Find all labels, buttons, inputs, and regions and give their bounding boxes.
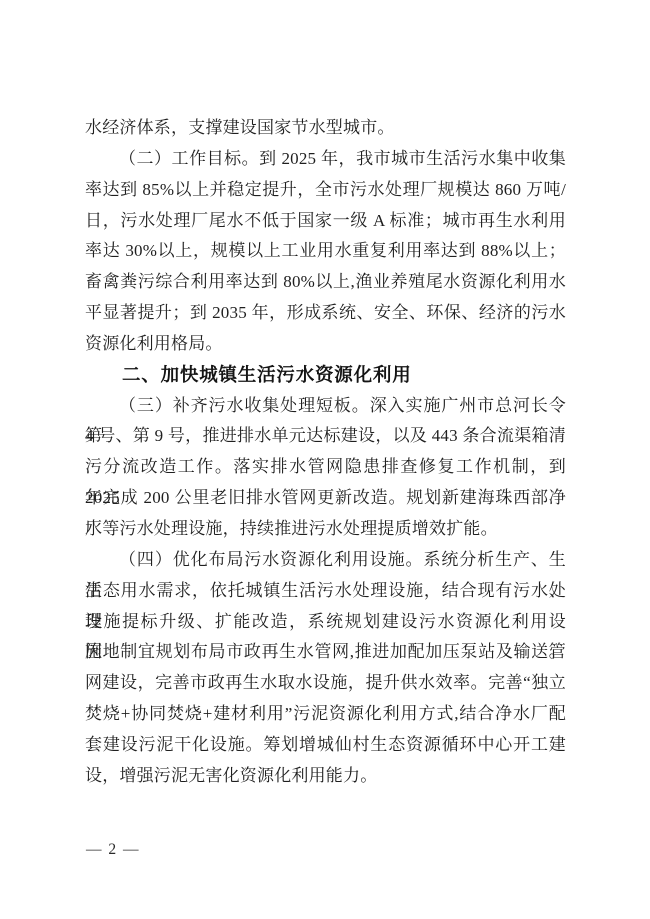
document-line: 平显著提升；到 2035 年，形成系统、安全、环保、经济的污水 <box>85 298 566 329</box>
document-line: （二）工作目标。到 2025 年，我市城市生活污水集中收集 <box>85 144 566 175</box>
document-line: （四）优化布局污水资源化利用设施。系统分析生产、生活、 <box>85 545 566 576</box>
document-line: 水经济体系，支撑建设国家节水型城市。 <box>85 113 566 144</box>
document-line: 因地制宜规划布局市政再生水管网,推进加配加压泵站及输送管 <box>85 637 566 668</box>
document-line: 设，增强污泥无害化资源化利用能力。 <box>85 761 566 792</box>
document-line: 资源化利用格局。 <box>85 329 566 360</box>
document-line: 年完成 200 公里老旧排水管网更新改造。规划新建海珠西部净水 <box>85 483 566 514</box>
document-line: 网建设，完善市政再生水取水设施，提升供水效率。完善“独立 <box>85 668 566 699</box>
document-line: （三）补齐污水收集处理短板。深入实施广州市总河长令第 <box>85 391 566 422</box>
document-line: 焚烧+协同焚烧+建材利用”污泥资源化利用方式,结合净水厂配 <box>85 699 566 730</box>
document-line: 生态用水需求，依托城镇生活污水处理设施，结合现有污水处理 <box>85 576 566 607</box>
document-line: 率达 30%以上，规模以上工业用水重复利用率达到 88%以上； <box>85 236 566 267</box>
document-line: 日，污水处理厂尾水不低于国家一级 A 标准；城市再生水利用 <box>85 206 566 237</box>
document-line: 4 号、第 9 号，推进排水单元达标建设，以及 443 条合流渠箱清 <box>85 421 566 452</box>
document-line: 套建设污泥干化设施。筹划增城仙村生态资源循环中心开工建 <box>85 730 566 761</box>
document-body: 水经济体系，支撑建设国家节水型城市。（二）工作目标。到 2025 年，我市城市生… <box>85 113 566 792</box>
document-line: 设施提标升级、扩能改造，系统规划建设污水资源化利用设施。 <box>85 607 566 638</box>
document-line: 污分流改造工作。落实排水管网隐患排查修复工作机制，到 2025 <box>85 452 566 483</box>
document-line: 二、加快城镇生活污水资源化利用 <box>85 360 566 391</box>
document-line: 畜禽粪污综合利用率达到 80%以上,渔业养殖尾水资源化利用水 <box>85 267 566 298</box>
page-number: — 2 — <box>86 841 140 859</box>
document-line: 率达到 85%以上并稳定提升，全市污水处理厂规模达 860 万吨/ <box>85 175 566 206</box>
document-line: 厂等污水处理设施，持续推进污水处理提质增效扩能。 <box>85 514 566 545</box>
